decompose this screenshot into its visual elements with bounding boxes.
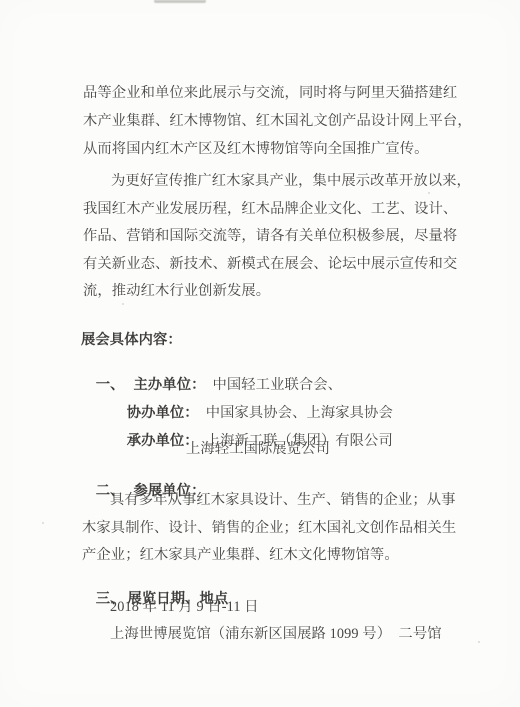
paragraph2-line4: 有关新业态、新技术、新模式在展会、论坛中展示宣传和交 — [83, 255, 457, 273]
paragraph2-line3: 作品、营销和国际交流等，请各有关单位积极参展，尽量将 — [83, 227, 457, 245]
paragraph1-line1: 品等企业和单位来此展示与交流，同时将与阿里天猫搭建红 — [83, 84, 457, 102]
paragraph2-line5: 流，推动红木行业创新发展。 — [83, 282, 270, 300]
scan-speck — [478, 641, 480, 643]
section-title: 展会具体内容： — [81, 331, 182, 349]
document-page: 品等企业和单位来此展示与交流，同时将与阿里天猫搭建红 木产业集群、红木博物馆、红… — [0, 0, 520, 707]
list-item-organizer-line2: 上海轻工国际展览公司 — [186, 440, 330, 458]
paragraph1-line3: 从而将国内红木产区及红木博物馆等向全国推广宣传。 — [83, 140, 429, 158]
exhibitors-desc-line3: 产企业；红木家具产业集群、红木文化博物馆等。 — [82, 546, 399, 564]
exhibition-date: 2018 年 11 月 9 日-11 日 — [110, 598, 259, 616]
exhibitors-desc-line2: 木家具制作、设计、销售的企业；红木国礼文创作品相关生 — [82, 519, 456, 537]
scan-speck — [122, 303, 124, 305]
paragraph1-line2: 木产业集群、红木博物馆、红木国礼文创产品设计网上平台， — [83, 112, 472, 130]
scan-smudge-artifact — [154, 0, 206, 3]
exhibitors-desc-line1: 具有多年从事红木家具设计、生产、销售的企业；从事 — [110, 491, 456, 509]
scan-speck — [428, 192, 430, 194]
paragraph2-line1: 为更好宣传推广红木家具产业，集中展示改革开放以来， — [111, 172, 471, 190]
paragraph2-line2: 我国红木产业发展历程，红木品牌企业文化、工艺、设计、 — [83, 200, 457, 218]
scan-speck — [42, 522, 44, 524]
exhibition-venue: 上海世博展览馆（浦东新区国展路 1099 号） 二号馆 — [110, 625, 442, 643]
